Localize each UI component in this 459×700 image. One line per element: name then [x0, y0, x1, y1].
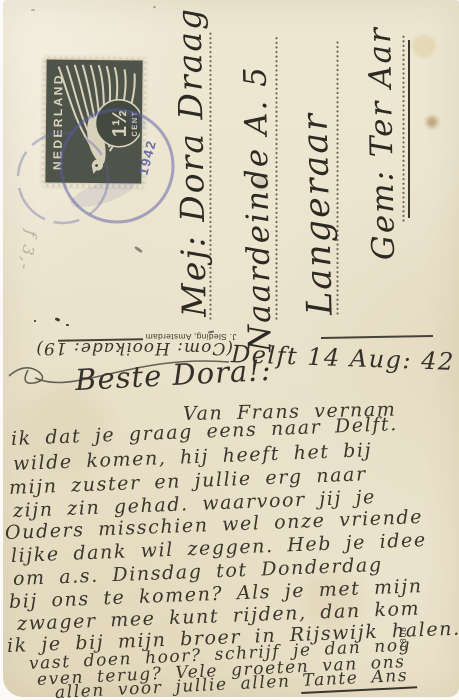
- address-street: Naardeinde A. 5: [240, 65, 276, 352]
- stamp-value: 1½: [109, 109, 131, 137]
- address-underline: [408, 40, 410, 218]
- postage-stamp: NEDERLAND: [42, 56, 145, 186]
- address-rule-4: [402, 35, 405, 222]
- stamp-country-label: NEDERLAND: [50, 73, 65, 170]
- stamp-printed-area: NEDERLAND: [45, 60, 142, 184]
- address-town: Langeraar: [298, 112, 338, 316]
- stamp-perforation-bottom: [41, 182, 145, 189]
- postcard-scan: { "postcard": { "stamp": { "country": "N…: [0, 0, 459, 700]
- address-municipality: Gem: Ter Aar: [365, 26, 400, 260]
- flying-dove-stamp-art: NEDERLAND: [47, 62, 140, 182]
- stamp-unit: CENT: [130, 110, 139, 137]
- ink-speck: [66, 324, 69, 326]
- address-recipient: Mej: Dora Draag: [172, 7, 210, 318]
- ink-speck: [31, 9, 35, 11]
- ink-speck: [34, 320, 36, 322]
- postcard-back: Mej: Dora Draag Naardeinde A. 5 Langeraa…: [3, 0, 459, 697]
- ink-speck: [153, 6, 156, 8]
